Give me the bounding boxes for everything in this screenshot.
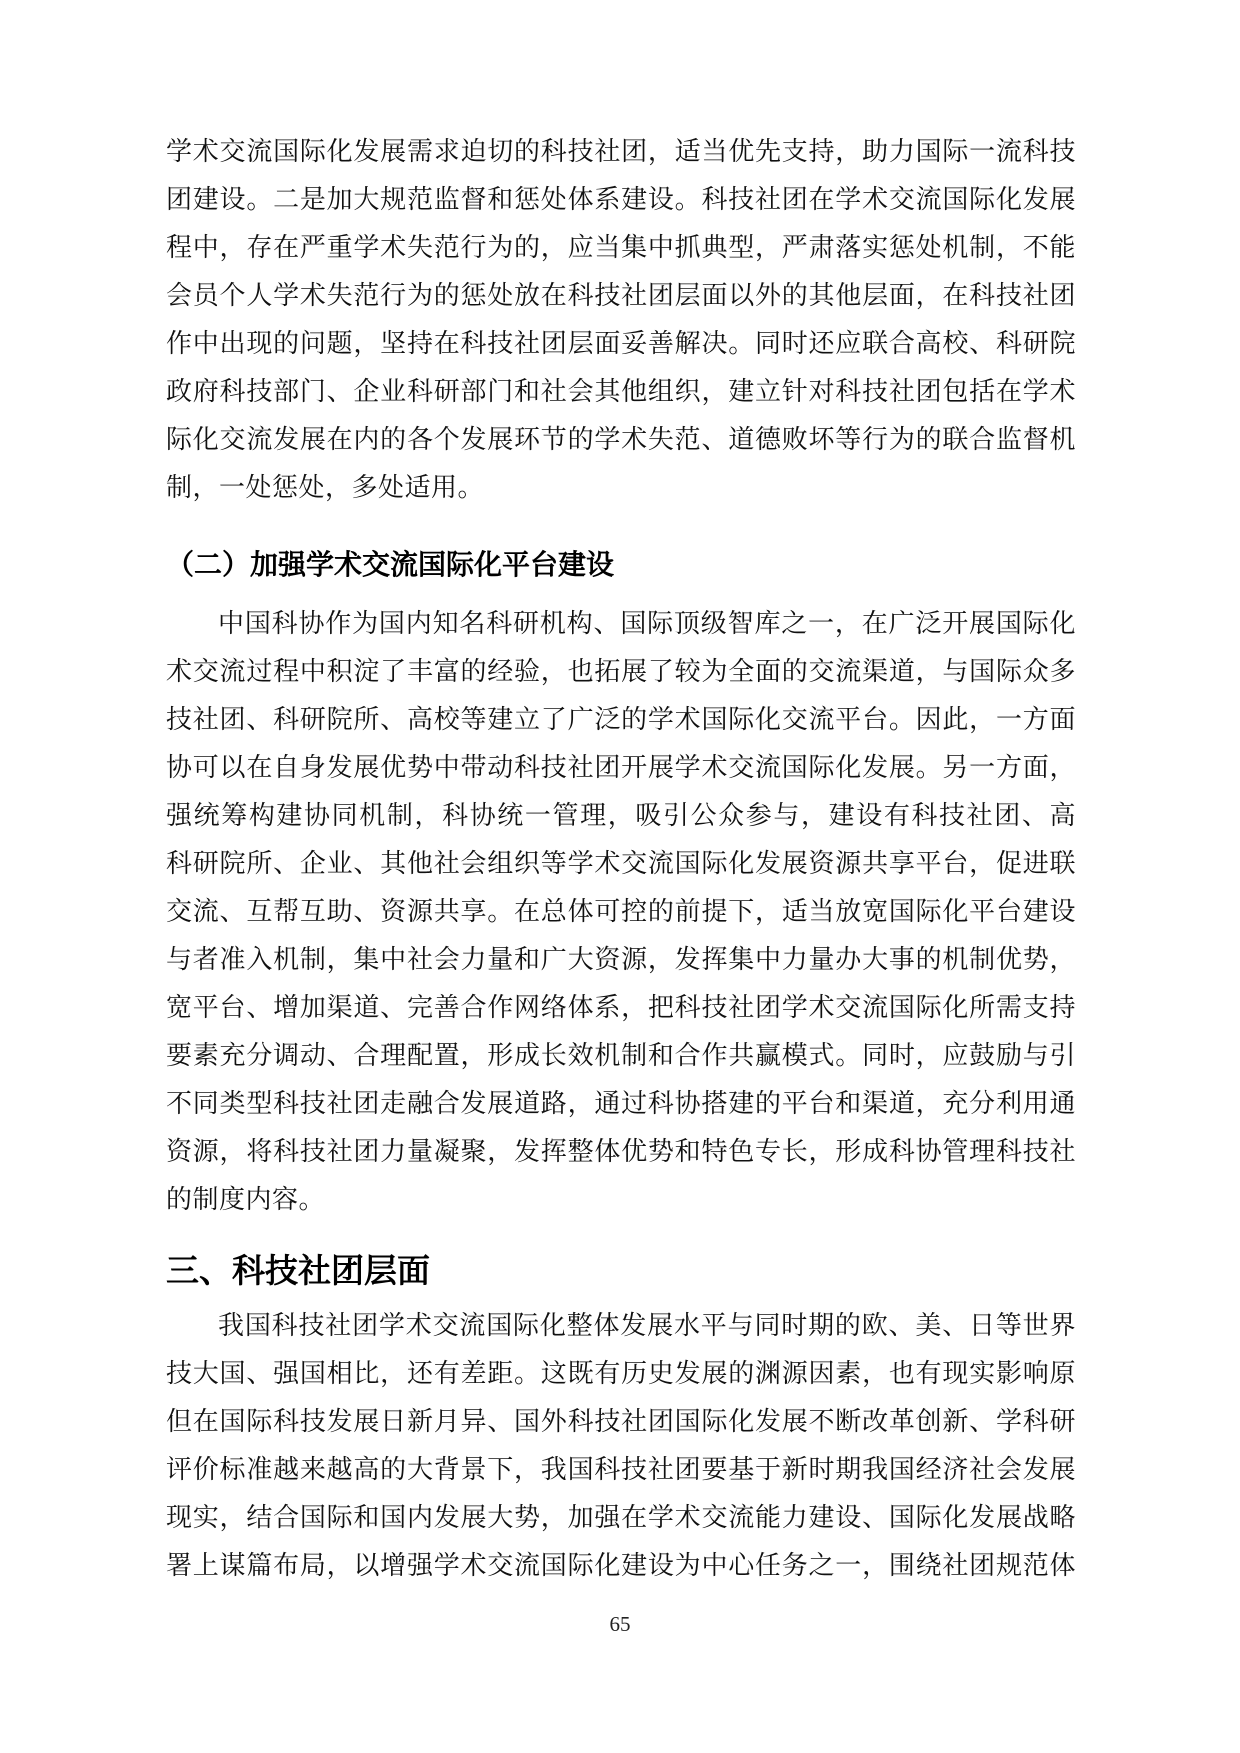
text-line: 中国科协作为国内知名科研机构、国际顶级智库之一，在广泛开展国际化学	[166, 600, 1076, 648]
text-line: 作中出现的问题，坚持在科技社团层面妥善解决。同时还应联合高校、科研院所、	[166, 320, 1076, 368]
text-line: 技大国、强国相比，还有差距。这既有历史发展的渊源因素，也有现实影响原因。	[166, 1350, 1076, 1398]
text-line: 现实，结合国际和国内发展大势，加强在学术交流能力建设、国际化发展战略部	[166, 1494, 1076, 1542]
text-line: 程中，存在严重学术失范行为的，应当集中抓典型，严肃落实惩处机制，不能把	[166, 224, 1076, 272]
document-page: 学术交流国际化发展需求迫切的科技社团，适当优先支持，助力国际一流科技社团建设。二…	[0, 0, 1240, 1753]
text-line: 术交流过程中积淀了丰富的经验，也拓展了较为全面的交流渠道，与国际众多科	[166, 648, 1076, 696]
text-line: 交流、互帮互助、资源共享。在总体可控的前提下，适当放宽国际化平台建设参	[166, 888, 1076, 936]
text-line: 团建设。二是加大规范监督和惩处体系建设。科技社团在学术交流国际化发展过	[166, 176, 1076, 224]
section-heading-society-level: 三、科技社团层面	[166, 1248, 1076, 1294]
text-line: 要素充分调动、合理配置，形成长效机制和合作共赢模式。同时，应鼓励与引导	[166, 1032, 1076, 1080]
text-line: 会员个人学术失范行为的惩处放在科技社团层面以外的其他层面，在科技社团工	[166, 272, 1076, 320]
paragraph-continuation: 学术交流国际化发展需求迫切的科技社团，适当优先支持，助力国际一流科技社团建设。二…	[166, 128, 1076, 512]
text-line: 评价标准越来越高的大背景下，我国科技社团要基于新时期我国经济社会发展的	[166, 1446, 1076, 1494]
text-line: 强统筹构建协同机制，科协统一管理，吸引公众参与，建设有科技社团、高校、	[166, 792, 1076, 840]
text-line: 但在国际科技发展日新月异、国外科技社团国际化发展不断改革创新、学科研创	[166, 1398, 1076, 1446]
text-line: 科研院所、企业、其他社会组织等学术交流国际化发展资源共享平台，促进联合	[166, 840, 1076, 888]
text-line: 协可以在自身发展优势中带动科技社团开展学术交流国际化发展。另一方面，加	[166, 744, 1076, 792]
page-number: 65	[0, 1612, 1240, 1637]
text-line: 署上谋篇布局，以增强学术交流国际化建设为中心任务之一，围绕社团规范体系	[166, 1542, 1076, 1590]
text-line: 政府科技部门、企业科研部门和社会其他组织，建立针对科技社团包括在学术国	[166, 368, 1076, 416]
text-line: 与者准入机制，集中社会力量和广大资源，发挥集中力量办大事的机制优势，拓	[166, 936, 1076, 984]
paragraph-society-level: 我国科技社团学术交流国际化整体发展水平与同时期的欧、美、日等世界科技大国、强国相…	[166, 1302, 1076, 1590]
text-line: 制，一处惩处，多处适用。	[166, 464, 1076, 512]
text-line: 我国科技社团学术交流国际化整体发展水平与同时期的欧、美、日等世界科	[166, 1302, 1076, 1350]
section-heading-platform-building: （二）加强学术交流国际化平台建设	[166, 544, 1076, 586]
text-line: 资源，将科技社团力量凝聚，发挥整体优势和特色专长，形成科协管理科技社团	[166, 1128, 1076, 1176]
text-line: 宽平台、增加渠道、完善合作网络体系，把科技社团学术交流国际化所需支持性	[166, 984, 1076, 1032]
text-line: 学术交流国际化发展需求迫切的科技社团，适当优先支持，助力国际一流科技社	[166, 128, 1076, 176]
text-line: 际化交流发展在内的各个发展环节的学术失范、道德败坏等行为的联合监督机	[166, 416, 1076, 464]
text-line: 技社团、科研院所、高校等建立了广泛的学术国际化交流平台。因此，一方面科	[166, 696, 1076, 744]
text-line: 不同类型科技社团走融合发展道路，通过科协搭建的平台和渠道，充分利用通用	[166, 1080, 1076, 1128]
text-line: 的制度内容。	[166, 1176, 1076, 1224]
paragraph-platform-building: 中国科协作为国内知名科研机构、国际顶级智库之一，在广泛开展国际化学术交流过程中积…	[166, 600, 1076, 1224]
page-content: 学术交流国际化发展需求迫切的科技社团，适当优先支持，助力国际一流科技社团建设。二…	[166, 128, 1076, 1590]
